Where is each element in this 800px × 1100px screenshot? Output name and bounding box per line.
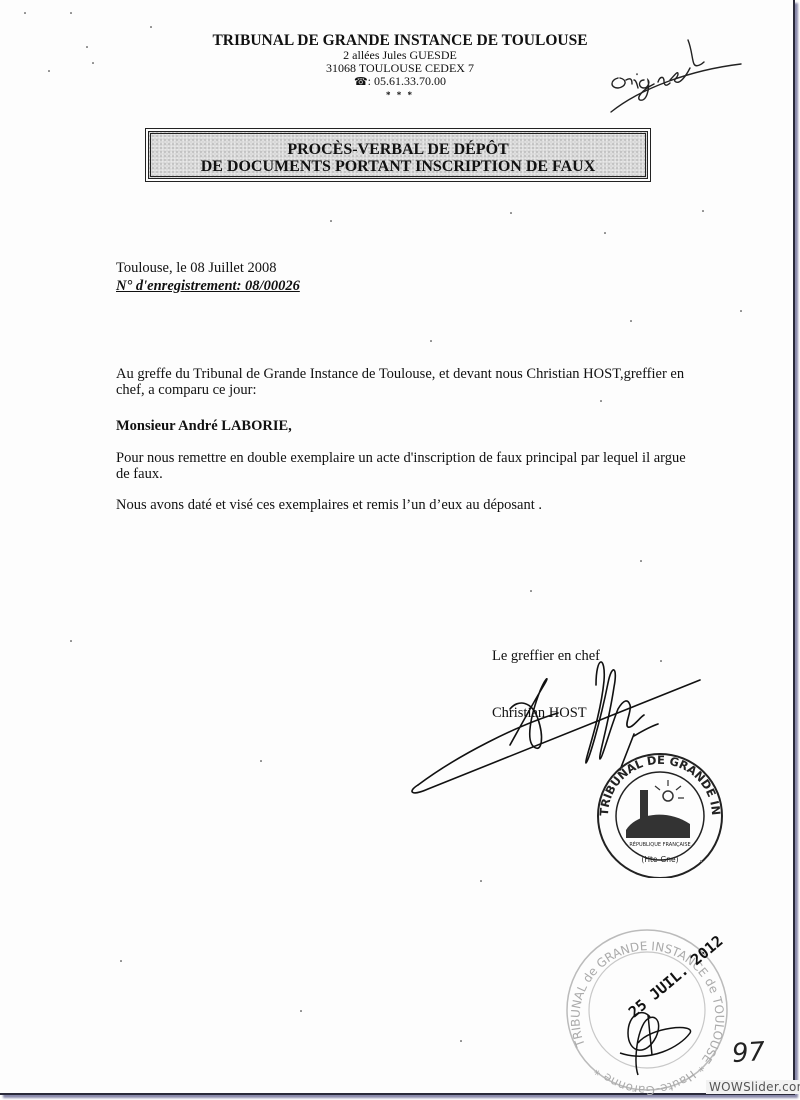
handwritten-original-note [596, 30, 786, 120]
registration-number: N° d'enregistrement: 08/00026 [116, 278, 300, 295]
court-seal: TRIBUNAL DE GRANDE INSTANCE DE TOULOUSE … [590, 750, 730, 878]
court-seal-motto: RÉPUBLIQUE FRANÇAISE [629, 840, 690, 848]
title-line-2: DE DOCUMENTS PORTANT INSCRIPTION DE FAUX [151, 158, 645, 175]
watermark: WOWSlider.com [706, 1080, 800, 1094]
appearing-party-name: Monsieur André LABORIE, [116, 418, 292, 435]
court-name: TRIBUNAL DE GRANDE INSTANCE DE TOULOUSE [200, 32, 600, 49]
telephone-icon: ☎ [354, 76, 368, 88]
paragraph-deposit: Pour nous remettre en double exemplaire … [116, 450, 696, 482]
title-line-1: PROCÈS-VERBAL DE DÉPÔT [151, 141, 645, 158]
court-seal-department: (Hte-Gne) [641, 855, 678, 864]
paragraph-acknowledgement: Nous avons daté et visé ces exemplaires … [116, 497, 696, 513]
paragraph-appearance: Au greffe du Tribunal de Grande Instance… [116, 366, 696, 398]
header-separator: * * * [220, 89, 580, 102]
phone-line: ☎: 05.61.33.70.00 [220, 75, 580, 89]
handwritten-page-number: 97 [731, 1037, 766, 1069]
phone-number: : 05.61.33.70.00 [368, 74, 446, 88]
received-date-stamp: TRIBUNAL de GRANDE INSTANCE de TOULOUSE … [560, 925, 735, 1095]
court-header: TRIBUNAL DE GRANDE INSTANCE DE TOULOUSE … [220, 32, 580, 102]
document-title-box: PROCÈS-VERBAL DE DÉPÔT DE DOCUMENTS PORT… [148, 131, 648, 179]
document-page: TRIBUNAL DE GRANDE INSTANCE DE TOULOUSE … [0, 0, 795, 1095]
place-and-date: Toulouse, le 08 Juillet 2008 [116, 260, 276, 277]
